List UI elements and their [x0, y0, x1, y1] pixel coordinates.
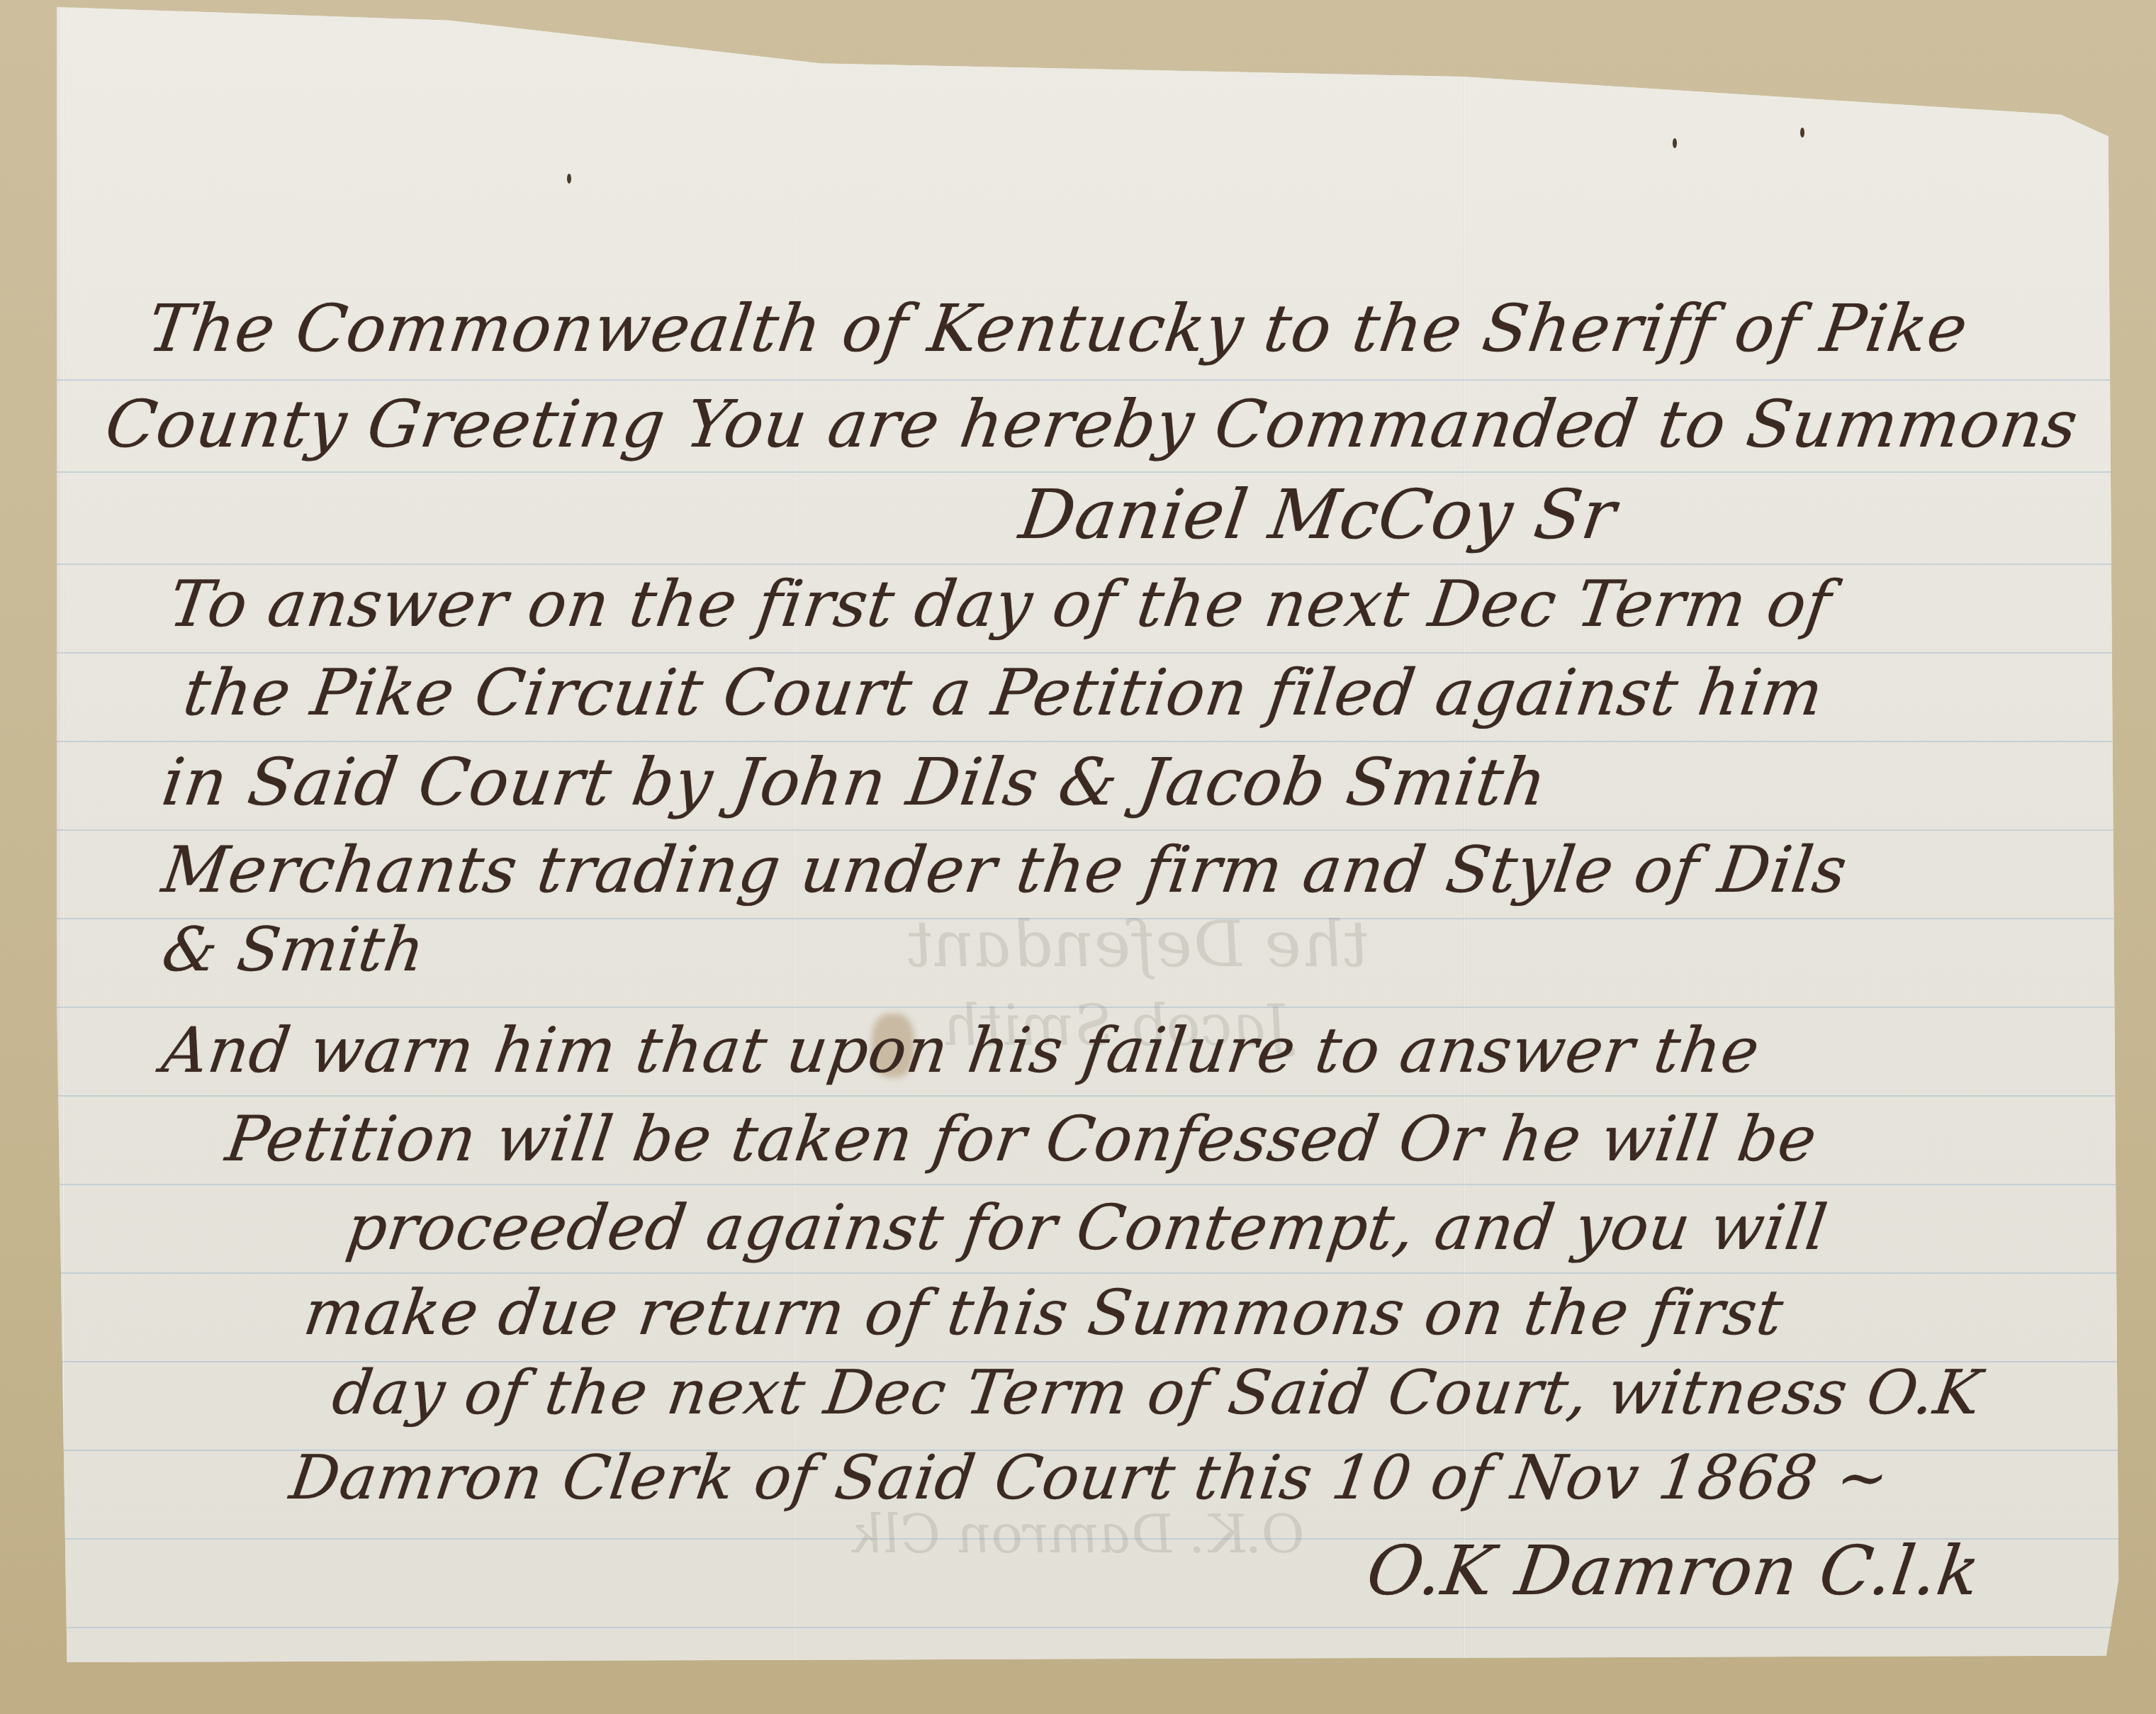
- rule-line: [57, 1627, 2123, 1628]
- rule-line: [57, 652, 2123, 654]
- summons-line-7: Merchants trading under the firm and Sty…: [158, 833, 1852, 907]
- rule-line: [57, 1184, 2123, 1185]
- summons-line-8: & Smith: [158, 914, 429, 985]
- summons-line-11: proceeded against for Contempt, and you …: [342, 1191, 1832, 1264]
- rule-line: [57, 1272, 2123, 1274]
- rule-line: [57, 741, 2123, 742]
- summons-line-5: the Pike Circuit Court a Petition filed …: [179, 656, 1829, 730]
- summons-line-12: make due return of this Summons on the f…: [300, 1276, 1788, 1349]
- summons-line-9: And warn him that upon his failure to an…: [158, 1014, 1764, 1087]
- summons-line-2: County Greeting You are hereby Commanded…: [101, 386, 2082, 462]
- ink-speck: [1673, 138, 1677, 148]
- rule-line: [57, 1095, 2123, 1097]
- bleed-through-text: the Defendant: [902, 907, 1374, 982]
- rule-line: [57, 471, 2123, 473]
- summons-line-6: in Said Court by John Dils & Jacob Smith: [157, 744, 1551, 820]
- summons-line-10: Petition will be taken for Confessed Or …: [222, 1102, 1821, 1175]
- rule-line: [57, 379, 2123, 381]
- summons-line-1: The Commonwealth of Kentucky to the Sher…: [143, 291, 1972, 366]
- summons-line-4: To answer on the first day of the next D…: [165, 567, 1836, 642]
- defendant-name: Daniel McCoy Sr: [1015, 475, 1621, 554]
- clerk-signature: O.K Damron C.l.k: [1362, 1531, 1985, 1611]
- summons-line-14: Damron Clerk of Said Court this 10 of No…: [286, 1443, 1894, 1513]
- rule-line: [57, 564, 2123, 565]
- ink-speck: [567, 174, 571, 184]
- summons-line-13: day of the next Dec Term of Said Court, …: [328, 1357, 1986, 1428]
- ink-speck: [1800, 128, 1804, 138]
- rule-line: [57, 829, 2123, 831]
- summons-document: the Defendant Jacob Smith O.K. Damron Cl…: [57, 7, 2123, 1662]
